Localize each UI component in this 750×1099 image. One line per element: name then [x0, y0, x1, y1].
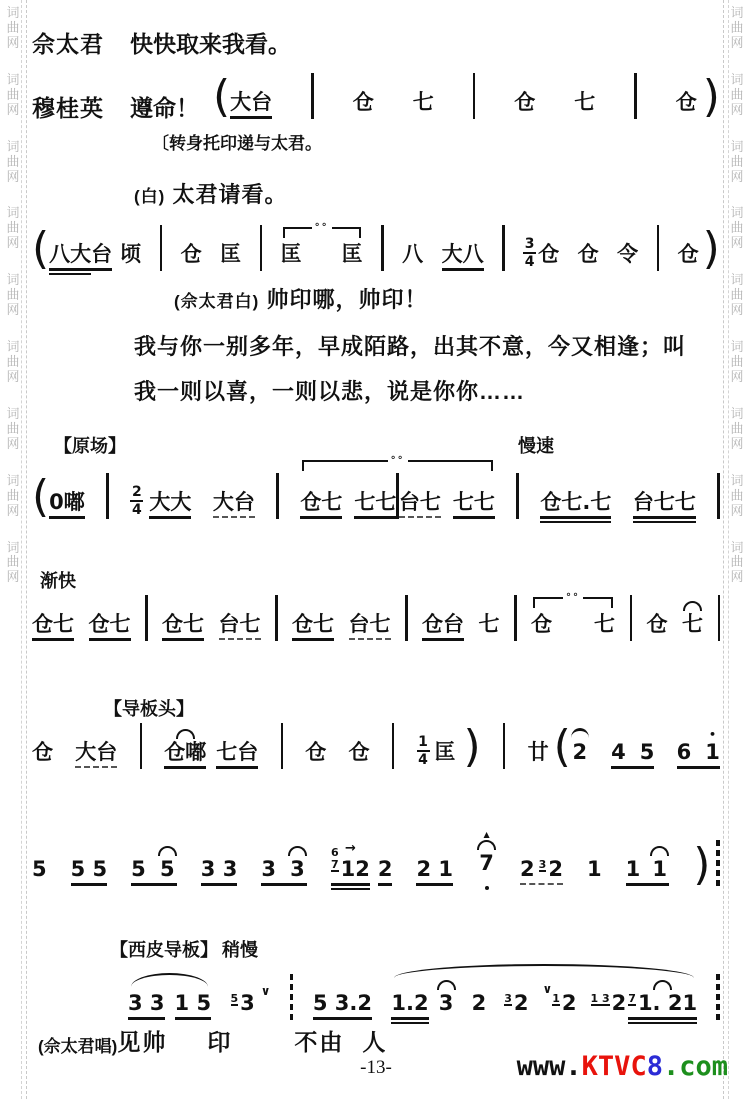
note-underlines — [531, 636, 552, 645]
note-char: 仓 — [32, 740, 53, 764]
note-body: 仓 — [305, 740, 326, 764]
note-char: 5 — [160, 857, 175, 881]
note: 5 — [158, 846, 177, 881]
watermark-text: 词曲网 — [730, 541, 743, 586]
note: 仓 — [578, 240, 599, 275]
note-char: 仓 — [578, 242, 599, 266]
note-underlines — [628, 1015, 697, 1024]
note-char: 七台 — [216, 740, 258, 764]
note-group: 6•1 — [677, 732, 720, 773]
note-char: 仓 — [353, 90, 374, 114]
tie-group: °°仓七七七台七七七 — [300, 460, 495, 523]
watermark-text: 词曲网 — [6, 407, 19, 452]
watermark-text: 词曲网 — [6, 273, 19, 318]
grace-notes: 3 — [539, 859, 547, 873]
note-body: 仓七.七 — [540, 490, 611, 514]
close-paren: ) — [703, 77, 720, 117]
note-char: 1 — [626, 857, 641, 881]
watermark-text: 词曲网 — [730, 73, 743, 118]
logo-segment: www. — [517, 1051, 582, 1082]
note-body: 七 — [413, 90, 434, 114]
monologue-line-1: 我与你一别多年，早成陌路，出其不意，今又相逢；叫 — [134, 330, 720, 361]
watermark-text: 词曲网 — [730, 407, 743, 452]
underline — [354, 516, 396, 519]
note: ▲7 — [477, 831, 496, 890]
note: 大大 — [149, 488, 191, 523]
underline — [219, 638, 261, 640]
note-underlines — [32, 881, 47, 890]
note-char: 5 3.2 — [313, 991, 372, 1015]
lyric-word: 见帅 — [117, 1024, 167, 1057]
time-signature: 34 — [523, 237, 536, 269]
note-char: 5 — [32, 857, 47, 881]
sing-prefix: (佘太君唱) — [38, 1032, 117, 1057]
underline — [628, 1022, 697, 1025]
group-items: 14匡) — [417, 727, 481, 773]
note-underlines — [181, 266, 202, 275]
note-group: 仓) — [676, 77, 720, 123]
watermark-char: 词 — [730, 340, 743, 355]
note-underlines — [591, 1015, 627, 1024]
underline — [453, 516, 495, 519]
time-signature: 24 — [130, 485, 143, 517]
group-underlines — [626, 881, 670, 890]
spoken-text: 帅印哪，帅印！ — [266, 287, 427, 312]
barline — [145, 595, 148, 641]
note-char: 4 — [611, 740, 626, 764]
note-underlines — [416, 881, 453, 890]
spoken-line-shuai: (佘太君白) 帅印哪，帅印！ — [174, 283, 720, 314]
note-underlines — [49, 266, 91, 275]
dashed-border — [21, 0, 22, 1099]
note: 71. 21 — [628, 980, 697, 1024]
watermark-char: 网 — [6, 170, 19, 185]
note: 仓 — [181, 240, 202, 275]
note-char: 仓 — [678, 242, 699, 266]
barline — [106, 473, 109, 519]
note-char: 1 — [587, 857, 602, 881]
note: 仓 — [305, 738, 326, 773]
underline — [49, 273, 91, 276]
barline — [717, 473, 720, 519]
note-body: 仓 — [32, 740, 53, 764]
note-body: 仓七 — [162, 612, 204, 636]
watermark-char: 词 — [6, 140, 19, 155]
note: 仓 — [32, 738, 53, 773]
note-char: 匡 — [435, 740, 456, 764]
note-body: 令 — [617, 242, 638, 266]
note-body: 仓嘟 — [164, 740, 206, 764]
note-underlines — [647, 636, 668, 645]
note: 廿 — [528, 738, 549, 773]
note-char: 3 — [261, 857, 276, 881]
barline — [514, 595, 517, 641]
note-underlines — [89, 636, 131, 645]
note-underlines — [477, 875, 496, 884]
watermark-text: 词曲网 — [6, 206, 19, 251]
group-items: →6 7122 — [331, 842, 393, 890]
note: 仓 — [676, 88, 697, 123]
note-body: 大大 — [149, 490, 191, 514]
logo-segment: 8 — [647, 1051, 663, 1082]
note: 3 — [437, 980, 456, 1024]
note-body: 台 — [91, 242, 112, 266]
note: 七七 — [354, 488, 396, 523]
note-char: 1 — [705, 740, 720, 764]
note: 1.2 — [391, 989, 428, 1024]
group-items: 仓) — [676, 77, 720, 123]
monologue-line-2: 我一则以喜，一则以悲，说是你你…… — [134, 375, 720, 406]
tie-bracket: °° — [283, 227, 361, 238]
note-char: 7 — [479, 851, 494, 875]
underline — [313, 1017, 372, 1020]
barline — [718, 595, 721, 641]
note-body: 5 — [160, 857, 175, 881]
underline — [349, 638, 391, 640]
tie-group: °°仓七 — [531, 597, 615, 645]
note-body: 2 1 — [416, 857, 453, 881]
octave-dot-above: • — [709, 732, 716, 738]
underline — [422, 638, 464, 641]
group-underlines — [131, 881, 177, 890]
open-paren: ( — [213, 77, 230, 117]
dialogue-row-2: 穆桂英 遵命！ (大台仓七仓七仓) — [32, 73, 720, 123]
note-body: 5 3.2 — [313, 991, 372, 1015]
watermark-char: 曲 — [6, 489, 19, 504]
group-underlines — [677, 764, 720, 773]
note: 匡 — [435, 738, 456, 773]
note-underlines — [305, 764, 326, 773]
note: 七 — [413, 88, 434, 123]
barline — [275, 595, 278, 641]
note-char: 5 5 — [71, 857, 108, 881]
group-items: 仓) — [678, 229, 720, 275]
watermark-text: 词曲网 — [730, 340, 743, 385]
watermark-char: 曲 — [6, 221, 19, 236]
barline — [381, 225, 384, 271]
watermark-text: 词曲网 — [730, 140, 743, 185]
note: 5 — [32, 855, 47, 890]
fermata-mark — [653, 980, 672, 990]
score-line-c: (0嘟24大大大台°°仓七七七台七七七仓七.七台七七 — [32, 460, 720, 523]
note-body: 八大 — [49, 242, 91, 266]
note-body: 廿 — [528, 740, 549, 764]
note-body: 七 — [594, 612, 615, 636]
lyric-word: 不由 — [294, 1024, 344, 1057]
note-underlines — [453, 514, 495, 523]
slur-arc — [131, 973, 208, 987]
note-char: 台七七 — [633, 490, 696, 514]
note: 八大 — [49, 240, 91, 275]
underline — [520, 883, 563, 885]
group-items: 匡匡 — [281, 240, 363, 275]
note-char: 仓 — [305, 740, 326, 764]
watermark-char: 词 — [6, 73, 19, 88]
note-char: 七 — [594, 612, 615, 636]
watermark-char: 词 — [730, 73, 743, 88]
breath-mark: ∨ — [261, 984, 271, 998]
note-group: →6 7122 — [331, 842, 393, 890]
note-body: 仓 — [181, 242, 202, 266]
section-label-row: 【原场】 慢速 — [32, 432, 720, 458]
note-underlines — [378, 881, 393, 890]
note-group: 34仓 — [523, 237, 559, 275]
grace-notes: 1 — [552, 993, 560, 1007]
note-underlines — [230, 114, 272, 123]
note-body: 大台 — [213, 490, 255, 514]
note-char: 仓七 — [162, 612, 204, 636]
underline — [149, 516, 191, 519]
note-char: 七 — [574, 90, 595, 114]
note-body: 仓 — [353, 90, 374, 114]
watermark-char: 词 — [6, 474, 19, 489]
fermata-mark — [288, 846, 307, 856]
score-line-e: 仓大台仓嘟七台仓仓14匡)廿(2456•1 — [32, 723, 720, 773]
note-group: 仓嘟七台 — [164, 729, 258, 773]
note-char: 6 — [677, 740, 692, 764]
note-char: 2 — [573, 740, 588, 764]
watermark-char: 曲 — [6, 355, 19, 370]
fermata-mark — [683, 601, 702, 611]
time-denominator: 4 — [132, 503, 142, 517]
note-char: 仓七 — [300, 490, 342, 514]
fermata-mark — [437, 980, 456, 990]
note-char: 仓 — [181, 242, 202, 266]
group-items: 24大大 — [130, 485, 191, 523]
note-char: 匡 — [220, 242, 241, 266]
tie-circles: °° — [312, 223, 332, 233]
note-marks — [176, 729, 195, 740]
note: 6 — [677, 738, 692, 764]
note-body: 仓 — [647, 612, 668, 636]
note-underlines — [219, 636, 261, 645]
note-body: 5 — [640, 740, 655, 764]
note-char: 3 3 — [128, 991, 165, 1015]
note-underlines — [413, 114, 434, 123]
note: 台 — [91, 240, 112, 275]
underline — [91, 268, 112, 271]
watermark-char: 词 — [6, 340, 19, 355]
note-body: 3 3 — [128, 991, 165, 1015]
watermark-char: 曲 — [6, 288, 19, 303]
note-underlines — [175, 1015, 212, 1024]
note-body: 大八 — [442, 242, 484, 266]
close-paren: ) — [464, 727, 481, 767]
note-marks: • — [709, 732, 716, 740]
note: 仓七 — [89, 610, 131, 645]
underline — [611, 766, 654, 769]
note-body: 0嘟 — [49, 490, 85, 514]
note-char: 1 5 — [175, 991, 212, 1015]
note: 5 5 — [71, 855, 108, 890]
note-char: 仓台 — [422, 612, 464, 636]
note: 3 3 — [128, 989, 165, 1024]
spoken-prefix: (佘太君白) — [174, 292, 259, 311]
note: 匡 — [220, 240, 241, 275]
octave-dot-below — [485, 886, 489, 890]
note-underlines — [331, 881, 370, 890]
watermark-char: 词 — [730, 273, 743, 288]
watermark-char: 曲 — [6, 88, 19, 103]
note: 53 — [231, 989, 255, 1024]
note-underlines — [676, 114, 697, 123]
note-underlines — [201, 881, 238, 890]
note-underlines — [540, 514, 611, 523]
underline — [292, 638, 334, 641]
watermark-char: 曲 — [730, 21, 743, 36]
watermark-char: 曲 — [730, 489, 743, 504]
watermark-char: 曲 — [730, 555, 743, 570]
note: 仓嘟 — [164, 729, 206, 773]
underline — [230, 116, 272, 119]
dashed-barline — [716, 974, 720, 1022]
watermark-text: 词曲网 — [6, 140, 19, 185]
note: 仓七 — [292, 610, 334, 645]
open-paren: ( — [554, 727, 571, 767]
label-mansu: 慢速 — [518, 432, 554, 458]
note-underlines — [300, 514, 342, 523]
time-numerator: 3 — [525, 237, 535, 251]
note: 1 — [650, 846, 669, 881]
note-char: 大八 — [442, 242, 484, 266]
note-body: 5 — [131, 857, 146, 881]
note-marks: → — [345, 842, 356, 856]
note: 仓七.七 — [540, 488, 611, 523]
stage-direction: 〔转身托印递与太君。 — [152, 129, 720, 154]
group-items: 53∨ — [231, 984, 271, 1024]
note-group: 14匡) — [417, 727, 481, 773]
note-group: 232 — [520, 855, 563, 890]
underline — [175, 1017, 212, 1020]
underline — [416, 883, 453, 886]
score-page: 词曲网词曲网词曲网词曲网词曲网词曲网词曲网词曲网词曲网 词曲网词曲网词曲网词曲网… — [0, 0, 750, 1099]
note-underlines — [514, 114, 535, 123]
underline — [75, 766, 117, 768]
score-line-g: 3 31 553∨5 3.21.23232∨121 3271. 21 — [128, 964, 720, 1024]
note-char: 2 — [514, 991, 529, 1015]
note-body: 12 — [552, 991, 576, 1015]
barline — [392, 723, 395, 769]
logo-segment: KTVC — [582, 1051, 647, 1082]
page-content: 佘太君 快快取来我看。 穆桂英 遵命！ (大台仓七仓七仓) 〔转身托印递与太君。… — [32, 0, 720, 1097]
note: 匡 — [281, 240, 302, 275]
close-paren: ) — [693, 845, 710, 885]
group-items: 3 31 5 — [128, 989, 211, 1024]
site-logo: www.KTVC8.com — [517, 1051, 728, 1082]
underline — [213, 516, 255, 518]
note-char: 仓嘟 — [164, 740, 206, 764]
fermata-mark — [650, 846, 669, 856]
underline — [89, 638, 131, 641]
watermark-text: 词曲网 — [730, 273, 743, 318]
group-items: 仓七七七台七七七 — [300, 473, 495, 523]
note-body: 1.2 — [391, 991, 428, 1015]
time-denominator: 4 — [418, 753, 428, 767]
note-char: 1. 21 — [638, 991, 697, 1015]
note: 12 — [552, 989, 576, 1024]
note: 仓 — [647, 610, 668, 645]
note-char: 0嘟 — [49, 490, 85, 514]
note-underlines — [32, 764, 53, 773]
note-underlines — [231, 1015, 255, 1024]
note-body: 仓 — [538, 242, 559, 266]
dialogue-text: 遵命！ — [130, 90, 199, 123]
note: 1 — [626, 855, 641, 881]
note-body: 台七 — [219, 612, 261, 636]
speaker-name: 佘太君 — [32, 26, 104, 59]
note: 七 — [594, 610, 615, 645]
grace-notes: 7 — [628, 993, 636, 1007]
underline — [162, 638, 204, 641]
note-body: 仓七 — [89, 612, 131, 636]
watermark-char: 网 — [6, 36, 19, 51]
grace-notes: 3 — [504, 993, 512, 1007]
note: 2 — [472, 989, 487, 1024]
note-group: 24大大 — [130, 485, 191, 523]
underline — [71, 883, 108, 886]
note-char: 2 — [520, 857, 535, 881]
note-char: 仓 — [531, 612, 552, 636]
group-items: 廿(2 — [528, 727, 589, 773]
score-line-b: (八大台顷仓匡°°匡匡八大八34仓仓令仓) — [32, 225, 720, 275]
section-label-row-2: 【西皮导板】 稍慢 — [32, 936, 720, 962]
watermark-char: 网 — [730, 170, 743, 185]
note-body: 32 — [504, 991, 528, 1015]
note-underlines — [342, 266, 363, 275]
note-char: 大大 — [149, 490, 191, 514]
note-char: 八 — [402, 242, 423, 266]
group-items: 11 — [626, 846, 670, 881]
note-body: 台七 — [399, 490, 441, 514]
watermark-text: 词曲网 — [730, 206, 743, 251]
watermark-char: 词 — [730, 206, 743, 221]
watermark-char: 网 — [6, 236, 19, 251]
note: 5 3.2 — [313, 989, 372, 1024]
underline — [540, 516, 611, 519]
note-group: (大台 — [213, 77, 272, 123]
note-group: (0嘟 — [32, 477, 85, 523]
underline — [442, 268, 484, 271]
label-shaoman: 稍慢 — [222, 936, 258, 962]
note-underlines — [538, 266, 559, 275]
note: 台七 — [349, 610, 391, 645]
note-underlines — [49, 514, 85, 523]
note-marks — [288, 846, 307, 857]
note-group: ) — [693, 840, 720, 890]
note-marks — [653, 980, 672, 991]
note-body: 仓 — [676, 90, 697, 114]
note: 七 — [682, 601, 703, 645]
group-items: 1.23232∨121 3271. 21 — [391, 980, 697, 1024]
note-body: 七 — [479, 612, 500, 636]
barline — [276, 473, 279, 519]
note: 2 — [378, 855, 393, 890]
watermark-char: 词 — [6, 6, 19, 21]
note-char: 七 — [479, 612, 500, 636]
note: 4 — [611, 738, 626, 764]
note-body: 2 — [472, 991, 487, 1015]
time-denominator: 4 — [525, 255, 535, 269]
note-body: 仓七 — [32, 612, 74, 636]
note-underlines — [353, 114, 374, 123]
note-body: 仓 — [349, 740, 370, 764]
watermark-char: 曲 — [730, 88, 743, 103]
note-underlines — [32, 636, 74, 645]
note-underlines — [678, 266, 699, 275]
note-body: 1 — [587, 857, 602, 881]
note-marks — [437, 980, 456, 991]
note-underlines — [574, 114, 595, 123]
